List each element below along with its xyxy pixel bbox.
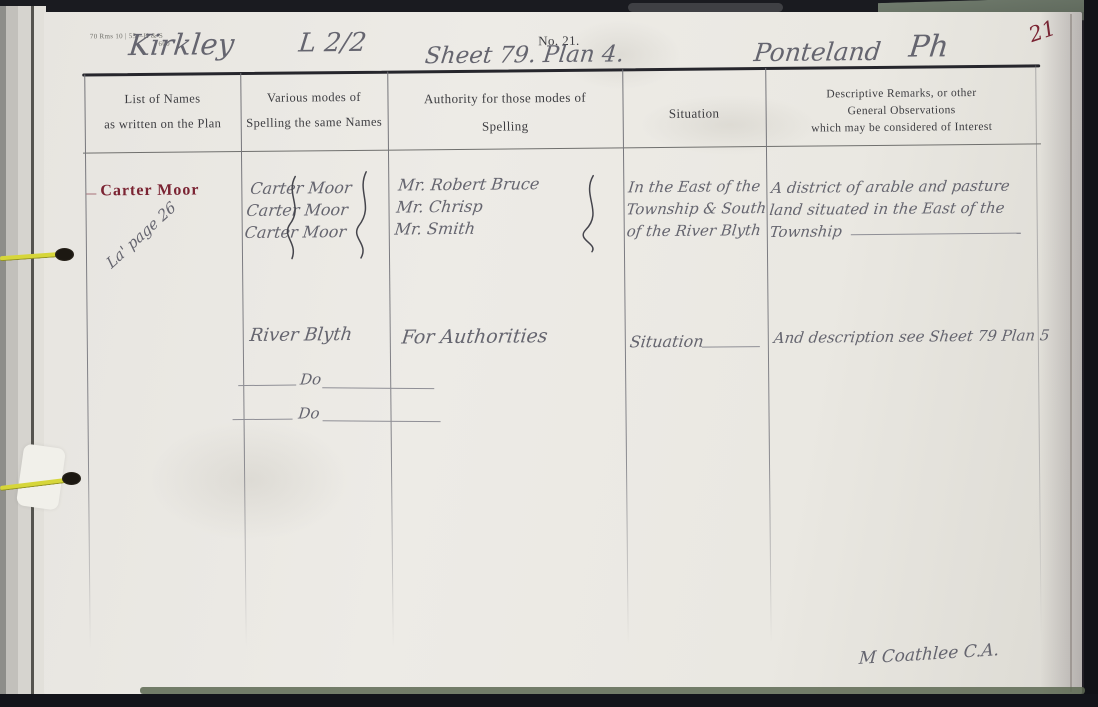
sheet-plan: Sheet 79. Plan 4. [424,41,626,69]
situation-dash [702,346,760,348]
column-line [765,68,772,643]
situation-line2: Township & South [626,199,768,218]
township-name: Kirkley [127,27,236,62]
header-situation: Situation [623,105,766,122]
authority-1: Mr. Robert Bruce [397,174,540,194]
scanned-document-photo: 70 Rms 10 | 55—H & S 600 Kirkley L 2/2 N… [0,0,1098,707]
header-remarks-line2: General Observations [766,103,1038,118]
authority-flourish [563,174,609,254]
ditto-bracket [281,174,308,260]
header-names-line2: as written on the Plan [85,116,241,132]
authority-note: For Authorities [401,325,549,348]
header-remarks-line1: Descriptive Remarks, or other [765,86,1037,101]
header-spelling-line2: Spelling the same Names [241,115,388,131]
spelling-river-blyth: River Blyth [249,324,354,346]
column-line [387,72,394,647]
parish-name: Ponteland [752,37,882,67]
situation-note: Situation [629,332,705,352]
scan-bottom-edge [0,694,1098,707]
page-content: 70 Rms 10 | 55—H & S 600 Kirkley L 2/2 N… [0,0,1098,707]
table-header-rule [83,143,1041,153]
header-authority-line1: Authority for those modes of [387,89,622,107]
authority-2: Mr. Chrisp [395,197,483,217]
header-remarks-line3: which may be considered of Interest [766,120,1038,135]
remarks-line3: Township [769,222,843,241]
scan-right-edge [1084,0,1098,707]
remarks-note: And description see Sheet 79 Plan 5 [773,326,1051,347]
header-authority-line2: Spelling [388,117,623,135]
ditto-mark-1: Do [299,370,322,388]
plan-name-carter-moor: Carter Moor [100,181,199,200]
column-line [240,73,247,648]
page-bottom-highlight [140,687,1085,694]
remarks-dash [851,233,1021,236]
margin-dash [86,193,96,194]
remarks-line1: A district of arable and pasture [770,177,1010,197]
situation-line1: In the East of the [627,177,761,196]
column-line [622,69,629,644]
page-fold-line [1070,14,1072,692]
examiner-signature: M Coathlee C.A. [858,640,999,669]
remarks-line2: land situated in the East of the [769,199,1006,219]
situation-line3: of the River Blyth [626,221,762,240]
paper-patch [16,443,66,510]
page-edge-shadow [1040,12,1084,694]
ditto-mark-2: Do [297,404,320,422]
ditto-dash [323,420,441,422]
authority-3: Mr. Smith [394,219,477,239]
ditto-dash [233,419,293,421]
township-note: L 2/2 [297,28,368,59]
binding-hole [62,472,81,485]
header-spelling-line1: Various modes of [240,90,387,106]
ditto-dash [322,387,434,389]
binding-hole [55,248,74,261]
ditto-dash [238,385,296,387]
margin-note: La' page 26 [103,198,179,273]
ditto-bracket [348,170,379,260]
header-names-line1: List of Names [84,91,240,107]
parish-abbr: Ph [907,29,950,64]
column-line [84,75,91,650]
